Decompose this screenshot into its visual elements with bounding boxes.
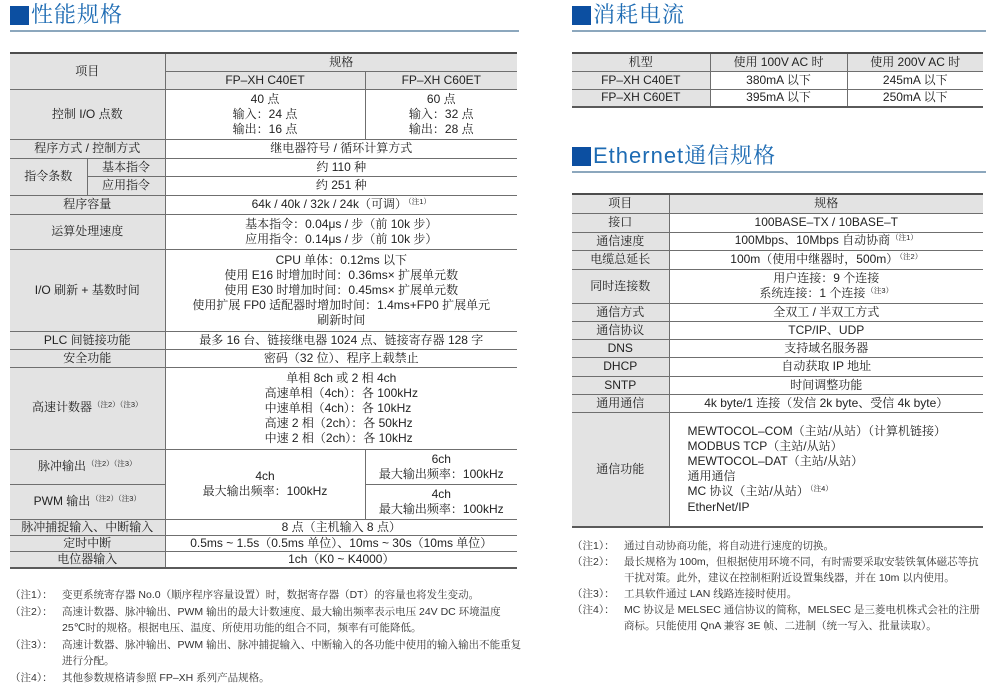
footnote-ref: （注2）（注3） <box>87 459 137 468</box>
footnote-text: 其他参数规格请参照 FP–XH 系列产品规格。 <box>62 670 525 687</box>
footnote-text: 高速计数器、脉冲输出、PWM 输出、脉冲捕捉输入、中断输入的各功能中使用的输入输… <box>62 637 525 670</box>
table-row: 应用指令 约 251 种 <box>10 176 517 195</box>
label-text: PWM 输出 <box>34 494 91 508</box>
cell-value: 4ch 最大输出频率：100kHz <box>165 449 365 519</box>
cell-value: 60 点 输入：32 点 输出：28 点 <box>365 89 517 139</box>
table-row: 通信协议 TCP/IP、UDP <box>572 321 983 339</box>
row-label: 通用通信 <box>572 394 669 412</box>
row-label: 程序方式 / 控制方式 <box>10 139 165 158</box>
performance-spec-table: 项目 规格 FP–XH C40ET FP–XH C60ET 控制 I/O 点数 … <box>10 52 517 569</box>
footnote-text: 通过自动协商功能，将自动进行速度的切换。 <box>624 538 986 554</box>
cell-value: 250mA 以下 <box>847 89 983 107</box>
table-row: 定时中断 0.5ms ~ 1.5s（0.5ms 单位）、10ms ~ 30s（1… <box>10 535 517 551</box>
row-label: 通信速度 <box>572 232 669 250</box>
cell-value: 395mA 以下 <box>710 89 847 107</box>
footnote-text: 最长规格为 100m，但根据使用环境不同，有时需要采取安装铁氧体磁芯等抗干扰对策… <box>624 554 986 586</box>
cell-value: 380mA 以下 <box>710 71 847 89</box>
footnote-ref: （注2） <box>899 252 922 261</box>
value-line: 中速 2 相（2ch）：各 10kHz <box>265 431 418 446</box>
value-line: 高速 2 相（2ch）：各 50kHz <box>265 416 418 431</box>
table-row: FP–XH C40ET 380mA 以下 245mA 以下 <box>572 71 983 89</box>
value-line: 使用 E30 时增加时间：0.45ms× 扩展单元数 <box>168 283 516 298</box>
cell-value: 64k / 40k / 32k / 24k（可调）（注1） <box>165 195 517 214</box>
footnote-label: （注2）： <box>10 604 62 637</box>
row-label: PWM 输出（注2）（注3） <box>10 484 165 519</box>
cell-value: 单相 8ch 或 2 相 4ch 高速单相（4ch）：各 100kHz 中速单相… <box>165 367 517 449</box>
row-label: FP–XH C40ET <box>572 71 710 89</box>
cell-value: 支持域名服务器 <box>669 339 983 357</box>
section-title: 性能规格 <box>31 1 123 29</box>
cell-value: 100BASE–TX / 10BASE–T <box>669 213 983 232</box>
cell-value: 全双工 / 半双工方式 <box>669 303 983 321</box>
value-line: 6ch <box>368 452 516 467</box>
footnote-text: 工具软件通过 LAN 线路连接时使用。 <box>624 586 986 602</box>
value-line: 60 点 <box>368 92 516 107</box>
table-row: 同时连接数 用户连接：9 个连接 系统连接：1 个连接（注3） <box>572 269 983 303</box>
value-line: 通用通信 <box>688 469 982 484</box>
value-line: 刷新时间 <box>168 313 516 328</box>
row-label: 同时连接数 <box>572 269 669 303</box>
row-label: 通信方式 <box>572 303 669 321</box>
row-label: PLC 间链接功能 <box>10 331 165 349</box>
table-row: 程序方式 / 控制方式 继电器符号 / 循环计算方式 <box>10 139 517 158</box>
cell-value: 0.5ms ~ 1.5s（0.5ms 单位）、10ms ~ 30s（10ms 单… <box>165 535 517 551</box>
row-label: 接口 <box>572 213 669 232</box>
value-line: 中速单相（4ch）：各 10kHz <box>265 401 418 416</box>
row-label: 指令条数 <box>10 158 87 195</box>
value-line: 高速单相（4ch）：各 100kHz <box>265 386 418 401</box>
row-label: 高速计数器（注2）（注3） <box>10 367 165 449</box>
footnote: （注2）：最长规格为 100m，但根据使用环境不同，有时需要采取安装铁氧体磁芯等… <box>572 554 986 586</box>
cell-value: 最多 16 台、链接继电器 1024 点、链接寄存器 128 字 <box>165 331 517 349</box>
header-model: 机型 <box>572 53 710 71</box>
footnote-label: （注3）： <box>572 586 624 602</box>
table-row: 接口 100BASE–TX / 10BASE–T <box>572 213 983 232</box>
header-spec: 规格 <box>165 53 517 71</box>
row-label: 电位器输入 <box>10 551 165 568</box>
value-line: 系统连接：1 个连接（注3） <box>672 286 982 302</box>
footnote-label: （注4）： <box>572 602 624 634</box>
ethernet-spec-table: 项目 规格 接口 100BASE–TX / 10BASE–T 通信速度 100M… <box>572 193 983 528</box>
value-text: 100Mbps、10Mbps 自动协商 <box>735 233 890 247</box>
table-row: DHCP 自动获取 IP 地址 <box>572 357 983 376</box>
value-line: 应用指令：0.14μs / 步（前 10k 步） <box>168 232 516 247</box>
cell-value: 100Mbps、10Mbps 自动协商（注1） <box>669 232 983 250</box>
cell-value: 1ch（K0 ~ K4000） <box>165 551 517 568</box>
header-model-c60et: FP–XH C60ET <box>365 71 517 89</box>
table-row: 电位器输入 1ch（K0 ~ K4000） <box>10 551 517 568</box>
cell-value: 密码（32 位）、程序上载禁止 <box>165 349 517 367</box>
value-line: 输入：24 点 <box>168 107 363 122</box>
value-block: 高速单相（4ch）：各 100kHz 中速单相（4ch）：各 10kHz 高速 … <box>265 386 418 446</box>
cell-value: 6ch 最大输出频率：100kHz <box>365 449 517 484</box>
power-consumption-table: 机型 使用 100V AC 时 使用 200V AC 时 FP–XH C40ET… <box>572 52 983 108</box>
value-line: 用户连接：9 个连接 <box>672 271 982 286</box>
row-label: DNS <box>572 339 669 357</box>
table-row: 高速计数器（注2）（注3） 单相 8ch 或 2 相 4ch 高速单相（4ch）… <box>10 367 517 449</box>
table-row: 运算处理速度 基本指令：0.04μs / 步（前 10k 步） 应用指令：0.1… <box>10 214 517 249</box>
footnote-label: （注1）： <box>572 538 624 554</box>
cell-value: 约 251 种 <box>165 176 517 195</box>
value-line: 最大输出频率：100kHz <box>168 484 363 499</box>
cell-value: CPU 单体：0.12ms 以下 使用 E16 时增加时间：0.36ms× 扩展… <box>165 249 517 331</box>
value-line: 使用 E16 时增加时间：0.36ms× 扩展单元数 <box>168 268 516 283</box>
value-line: 输入：32 点 <box>368 107 516 122</box>
header-200v: 使用 200V AC 时 <box>847 53 983 71</box>
value-line: 单相 8ch 或 2 相 4ch <box>168 371 516 386</box>
footnote-text: 变更系统寄存器 No.0（顺序程序容量设置）时，数据寄存器（DT）的容量也将发生… <box>62 587 525 604</box>
table-row: 通用通信 4k byte/1 连接（发信 2k byte、受信 4k byte） <box>572 394 983 412</box>
cell-value: 继电器符号 / 循环计算方式 <box>165 139 517 158</box>
cell-value: TCP/IP、UDP <box>669 321 983 339</box>
row-label: FP–XH C60ET <box>572 89 710 107</box>
footnote-label: （注4）： <box>10 670 62 687</box>
table-row: 通信功能 MEWTOCOL–COM（主站/从站）（计算机链接） MODBUS T… <box>572 412 983 527</box>
cell-value: 8 点（主机输入 8 点） <box>165 519 517 535</box>
cell-value: 时间调整功能 <box>669 376 983 394</box>
ethernet-spec-heading: Ethernet通信规格 <box>572 141 986 173</box>
header-spec: 规格 <box>669 194 983 213</box>
footnote-ref: （注1） <box>408 197 431 206</box>
footnote-text: 高速计数器、脉冲输出、PWM 输出的最大计数速度、最大输出频率表示电压 24V … <box>62 604 525 637</box>
value-line: 基本指令：0.04μs / 步（前 10k 步） <box>168 217 516 232</box>
square-bullet-icon <box>572 6 591 25</box>
footnote-ref: （注2）（注3） <box>91 494 141 503</box>
cell-value: 100m（使用中继器时，500m）（注2） <box>669 250 983 269</box>
cell-value: 自动获取 IP 地址 <box>669 357 983 376</box>
row-label: 运算处理速度 <box>10 214 165 249</box>
header-model-c40et: FP–XH C40ET <box>165 71 365 89</box>
row-label: 控制 I/O 点数 <box>10 89 165 139</box>
section-title: 消耗电流 <box>593 1 685 29</box>
label-text: 脉冲输出 <box>38 459 86 473</box>
performance-footnotes: （注1）：变更系统寄存器 No.0（顺序程序容量设置）时，数据寄存器（DT）的容… <box>10 587 525 686</box>
cell-value: 245mA 以下 <box>847 71 983 89</box>
table-row: PLC 间链接功能 最多 16 台、链接继电器 1024 点、链接寄存器 128… <box>10 331 517 349</box>
footnote-ref: （注4） <box>810 484 833 493</box>
row-label: DHCP <box>572 357 669 376</box>
section-title: Ethernet通信规格 <box>593 142 776 170</box>
value-line: 4ch <box>368 487 516 502</box>
footnote-ref: （注1） <box>891 233 918 242</box>
table-row: FP–XH C60ET 395mA 以下 250mA 以下 <box>572 89 983 107</box>
table-row: 安全功能 密码（32 位）、程序上载禁止 <box>10 349 517 367</box>
table-row: 程序容量 64k / 40k / 32k / 24k（可调）（注1） <box>10 195 517 214</box>
value-line: MODBUS TCP（主站/从站） <box>688 439 982 454</box>
table-row: 控制 I/O 点数 40 点 输入：24 点 输出：16 点 60 点 输入：3… <box>10 89 517 139</box>
cell-value: 4ch 最大输出频率：100kHz <box>365 484 517 519</box>
footnote: （注4）：MC 协议是 MELSEC 通信协议的简称，MELSEC 是三菱电机株… <box>572 602 986 634</box>
value-line: MC 协议（主站/从站）（注4） <box>688 484 982 500</box>
table-row: 脉冲输出（注2）（注3） 4ch 最大输出频率：100kHz 6ch 最大输出频… <box>10 449 517 484</box>
ethernet-footnotes: （注1）：通过自动协商功能，将自动进行速度的切换。 （注2）：最长规格为 100… <box>572 538 986 634</box>
cell-value: 用户连接：9 个连接 系统连接：1 个连接（注3） <box>669 269 983 303</box>
table-row: I/O 刷新 + 基数时间 CPU 单体：0.12ms 以下 使用 E16 时增… <box>10 249 517 331</box>
footnote-ref: （注2）（注3） <box>93 400 143 409</box>
performance-spec-heading: 性能规格 <box>10 0 519 32</box>
row-label: 定时中断 <box>10 535 165 551</box>
row-sublabel: 基本指令 <box>87 158 165 176</box>
row-label: 电缆总延长 <box>572 250 669 269</box>
value-line: 输出：16 点 <box>168 122 363 137</box>
cell-value: 约 110 种 <box>165 158 517 176</box>
value-line: EtherNet/IP <box>688 500 982 515</box>
row-label: 程序容量 <box>10 195 165 214</box>
ethernet-spec-section: Ethernet通信规格 项目 规格 接口 100BASE–TX / 10BAS… <box>572 141 986 694</box>
square-bullet-icon <box>572 147 591 166</box>
cell-value: 基本指令：0.04μs / 步（前 10k 步） 应用指令：0.14μs / 步… <box>165 214 517 249</box>
footnote: （注3）：高速计数器、脉冲输出、PWM 输出、脉冲捕捉输入、中断输入的各功能中使… <box>10 637 525 670</box>
cell-value: 40 点 输入：24 点 输出：16 点 <box>165 89 365 139</box>
table-row: 脉冲捕捉输入、中断输入 8 点（主机输入 8 点） <box>10 519 517 535</box>
label-text: 高速计数器 <box>32 400 92 414</box>
value-text: 100m（使用中继器时，500m） <box>730 252 898 266</box>
value-text: MC 协议（主站/从站） <box>688 484 809 498</box>
row-label: 脉冲输出（注2）（注3） <box>10 449 165 484</box>
header-item: 项目 <box>10 53 165 89</box>
table-row: DNS 支持域名服务器 <box>572 339 983 357</box>
footnote-label: （注1）： <box>10 587 62 604</box>
value-line: CPU 单体：0.12ms 以下 <box>168 253 516 268</box>
row-label: 脉冲捕捉输入、中断输入 <box>10 519 165 535</box>
header-item: 项目 <box>572 194 669 213</box>
value-text: 系统连接：1 个连接 <box>759 286 865 300</box>
value-line: 40 点 <box>168 92 363 107</box>
row-label: 通信功能 <box>572 412 669 527</box>
row-sublabel: 应用指令 <box>87 176 165 195</box>
cell-value: MEWTOCOL–COM（主站/从站）（计算机链接） MODBUS TCP（主站… <box>669 412 983 527</box>
value-line: 使用扩展 FP0 适配器时增加时间：1.4ms+FP0 扩展单元 <box>168 298 516 313</box>
footnote-ref: （注3） <box>866 286 893 295</box>
table-row: 通信方式 全双工 / 半双工方式 <box>572 303 983 321</box>
row-label: SNTP <box>572 376 669 394</box>
row-label: 安全功能 <box>10 349 165 367</box>
performance-spec-section: 性能规格 项目 规格 FP–XH C40ET FP–XH C60ET 控制 I/… <box>10 0 519 694</box>
cell-value: 4k byte/1 连接（发信 2k byte、受信 4k byte） <box>669 394 983 412</box>
row-label: I/O 刷新 + 基数时间 <box>10 249 165 331</box>
value-line: 最大输出频率：100kHz <box>368 467 516 482</box>
table-row: SNTP 时间调整功能 <box>572 376 983 394</box>
square-bullet-icon <box>10 6 29 25</box>
table-row: 通信速度 100Mbps、10Mbps 自动协商（注1） <box>572 232 983 250</box>
footnote: （注3）：工具软件通过 LAN 线路连接时使用。 <box>572 586 986 602</box>
footnote-label: （注2）： <box>572 554 624 586</box>
table-row: 电缆总延长 100m（使用中继器时，500m）（注2） <box>572 250 983 269</box>
footnote-label: （注3）： <box>10 637 62 670</box>
footnote: （注2）：高速计数器、脉冲输出、PWM 输出的最大计数速度、最大输出频率表示电压… <box>10 604 525 637</box>
value-line: 输出：28 点 <box>368 122 516 137</box>
power-consumption-heading: 消耗电流 <box>572 0 986 32</box>
table-row: 指令条数 基本指令 约 110 种 <box>10 158 517 176</box>
row-label: 通信协议 <box>572 321 669 339</box>
footnote: （注1）：变更系统寄存器 No.0（顺序程序容量设置）时，数据寄存器（DT）的容… <box>10 587 525 604</box>
power-consumption-section: 消耗电流 机型 使用 100V AC 时 使用 200V AC 时 FP–XH … <box>572 0 986 120</box>
value-text: 64k / 40k / 32k / 24k（可调） <box>252 197 407 211</box>
footnote: （注4）：其他参数规格请参照 FP–XH 系列产品规格。 <box>10 670 525 687</box>
value-line: MEWTOCOL–DAT（主站/从站） <box>688 454 982 469</box>
footnote: （注1）：通过自动协商功能，将自动进行速度的切换。 <box>572 538 986 554</box>
value-line: 4ch <box>168 469 363 484</box>
value-line: 最大输出频率：100kHz <box>368 502 516 517</box>
value-line: MEWTOCOL–COM（主站/从站）（计算机链接） <box>688 424 982 439</box>
header-100v: 使用 100V AC 时 <box>710 53 847 71</box>
footnote-text: MC 协议是 MELSEC 通信协议的简称，MELSEC 是三菱电机株式会社的注… <box>624 602 986 634</box>
